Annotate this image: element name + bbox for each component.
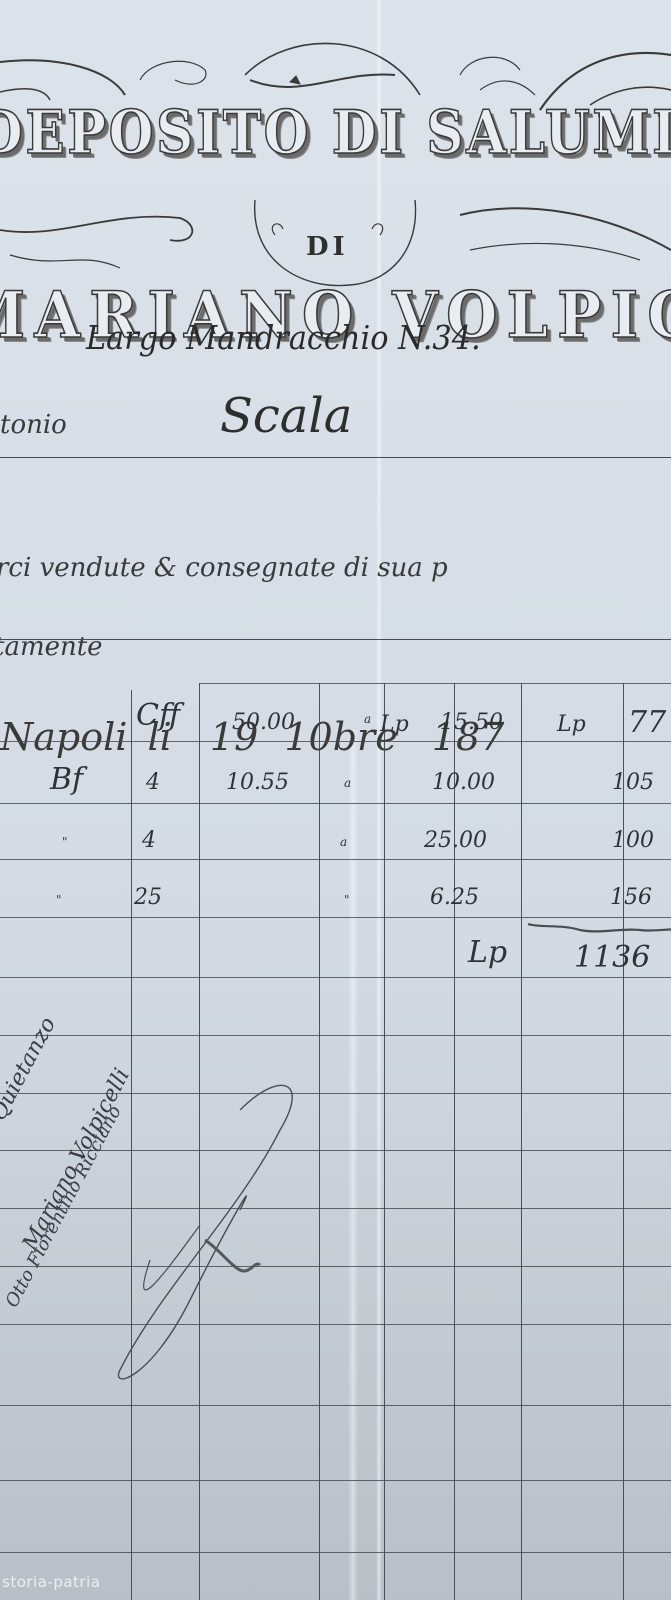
ledger-unit: " bbox=[62, 835, 68, 849]
ledger-mark: a bbox=[340, 835, 347, 849]
recipient-rule bbox=[0, 457, 671, 458]
ledger-qty: 25 bbox=[134, 885, 162, 910]
ledger-qty: 4 bbox=[142, 828, 156, 853]
ledger-total: 77 bbox=[628, 705, 666, 740]
watermark-text: storia-patria bbox=[2, 1573, 100, 1591]
description-line-2: tamente bbox=[0, 632, 103, 662]
ledger-total-currency: Lp bbox=[557, 712, 586, 737]
date-place: Napoli bbox=[0, 715, 127, 759]
ledger-qty: 4 bbox=[146, 770, 160, 795]
signature-flourish bbox=[40, 1060, 360, 1400]
ledger-total: 100 bbox=[612, 828, 654, 853]
invoice-paper: DEPOSITO DI SALUMI DI MARIANO VOLPICELLI… bbox=[0, 0, 671, 1600]
ledger-unit: " bbox=[56, 893, 62, 907]
ledger-weight: 10.55 bbox=[226, 770, 289, 795]
ledger-qty: Cff bbox=[136, 698, 180, 733]
grand-total-currency: Lp bbox=[468, 935, 507, 970]
ledger-mark: a bbox=[364, 712, 371, 726]
ledger-price: 6.25 bbox=[430, 885, 479, 910]
ledger-mark: " bbox=[344, 893, 350, 907]
recipient-last-name: Scala bbox=[220, 388, 352, 444]
ledger-total: 156 bbox=[610, 885, 652, 910]
ledger-weight: 50.00 bbox=[232, 710, 295, 735]
description-rule bbox=[0, 639, 671, 640]
ledger-mark: a bbox=[344, 776, 351, 790]
ledger-currency: Lp bbox=[380, 712, 409, 737]
business-address: Largo Mandracchio N.34. bbox=[86, 318, 481, 357]
ledger-price: 25.00 bbox=[424, 828, 487, 853]
description-line-1: rci vendute & consegnate di sua p bbox=[0, 553, 448, 583]
ledger-price: 10.00 bbox=[432, 770, 495, 795]
business-title-connector: DI bbox=[306, 232, 349, 262]
grand-total: 1136 bbox=[574, 940, 650, 975]
recipient-first-name: tonio bbox=[0, 410, 67, 440]
business-title: DEPOSITO DI SALUMI bbox=[0, 98, 671, 168]
ledger-unit: Bf bbox=[50, 762, 83, 797]
ledger-price: 15.50 bbox=[440, 710, 503, 735]
ledger-total: 105 bbox=[612, 770, 654, 795]
